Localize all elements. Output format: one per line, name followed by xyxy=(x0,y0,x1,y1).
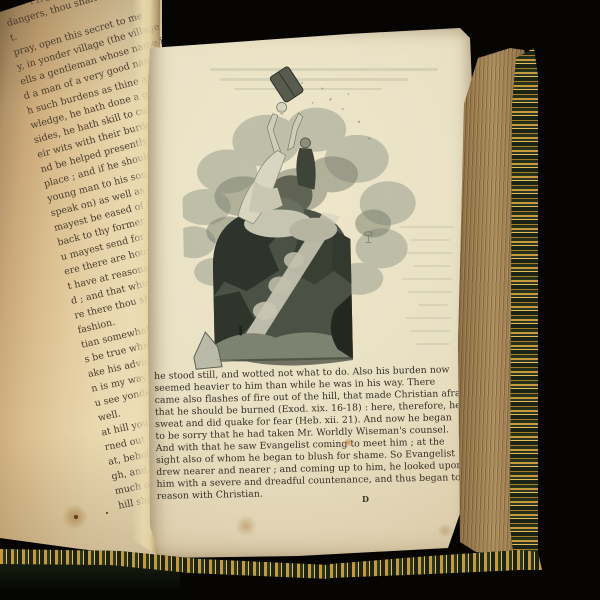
ink-speck xyxy=(106,512,108,514)
right-page-text: he stood still, and wotted not what to d… xyxy=(154,364,469,503)
mount-sinai-engraving-illustration xyxy=(180,53,424,385)
foxing-spot xyxy=(344,438,353,447)
gilt-border-vertical xyxy=(508,46,538,574)
foxing-spot-center xyxy=(74,515,78,519)
foxing-spot xyxy=(235,515,257,537)
book-photo: THER CONVERSATION. dangers, thou shalt m… xyxy=(0,0,600,600)
gilt-border-bottom-right xyxy=(330,548,542,582)
showthrough-line xyxy=(418,304,448,306)
right-page: he stood still, and wotted not what to d… xyxy=(148,26,473,564)
foxing-spot xyxy=(436,524,454,537)
signature-mark: D xyxy=(362,494,369,504)
